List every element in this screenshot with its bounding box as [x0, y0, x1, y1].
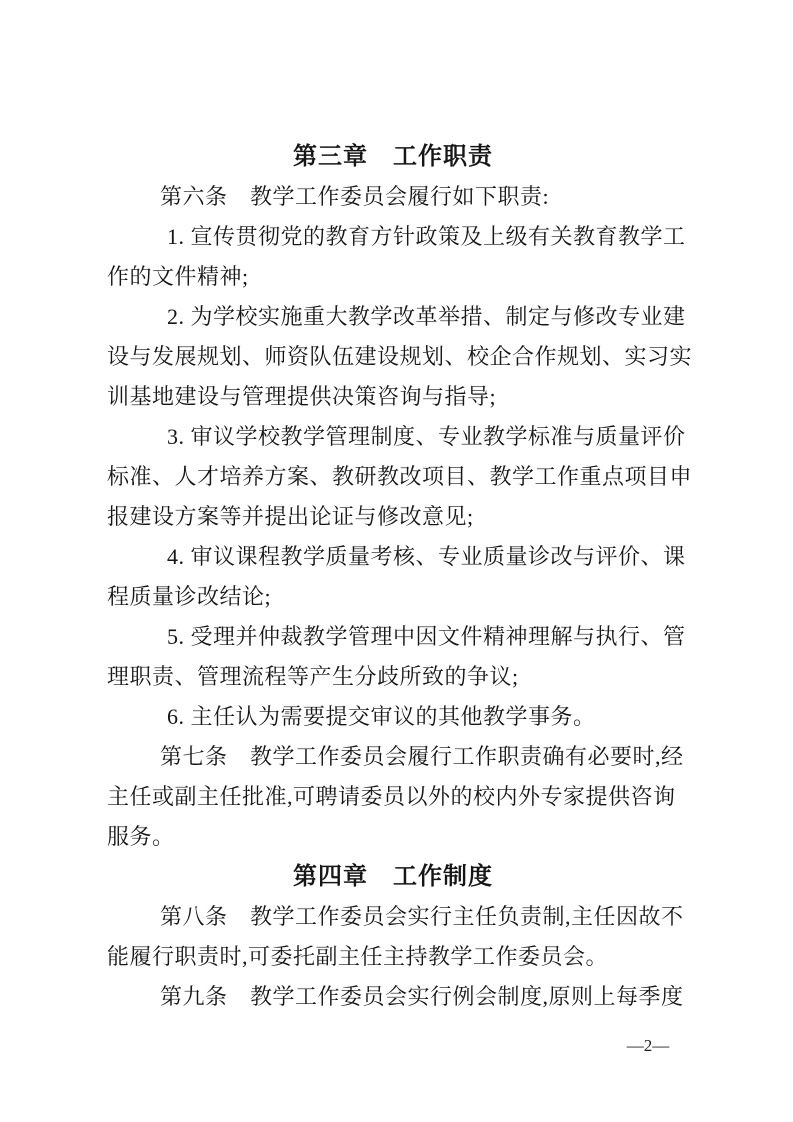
- paragraph-line: 报建设方案等并提出论证与修改意见;: [107, 497, 679, 537]
- article-line: 第九条 教学工作委员会实行例会制度,原则上每季度: [107, 977, 679, 1017]
- list-item-line: 4. 审议课程教学质量考核、专业质量诊改与评价、课: [107, 537, 679, 577]
- article-line: 第七条 教学工作委员会履行工作职责确有必要时,经: [107, 737, 679, 777]
- article-line: 第六条 教学工作委员会履行如下职责:: [107, 177, 679, 217]
- paragraph-line: 训基地建设与管理提供决策咨询与指导;: [107, 377, 679, 417]
- chapter-heading: 第四章 工作制度: [107, 857, 679, 897]
- paragraph-line: 主任或副主任批准,可聘请委员以外的校内外专家提供咨询: [107, 777, 679, 817]
- chapter-heading: 第三章 工作职责: [107, 137, 679, 177]
- paragraph-line: 程质量诊改结论;: [107, 577, 679, 617]
- list-item-line: 5. 受理并仲裁教学管理中因文件精神理解与执行、管: [107, 617, 679, 657]
- list-item-line: 2. 为学校实施重大教学改革举措、制定与修改专业建: [107, 297, 679, 337]
- page-number: —2—: [608, 1034, 688, 1058]
- paragraph-line: 理职责、管理流程等产生分歧所致的争议;: [107, 657, 679, 697]
- paragraph-line: 能履行职责时,可委托副主任主持教学工作委员会。: [107, 937, 679, 977]
- list-item-line: 3. 审议学校教学管理制度、专业教学标准与质量评价: [107, 417, 679, 457]
- list-item-line: 6. 主任认为需要提交审议的其他教学事务。: [107, 697, 679, 737]
- paragraph-line: 设与发展规划、师资队伍建设规划、校企合作规划、实习实: [107, 337, 679, 377]
- paragraph-line: 服务。: [107, 817, 679, 857]
- article-line: 第八条 教学工作委员会实行主任负责制,主任因故不: [107, 897, 679, 937]
- list-item-line: 1. 宣传贯彻党的教育方针政策及上级有关教育教学工: [107, 217, 679, 257]
- document-page: 第三章 工作职责 第六条 教学工作委员会履行如下职责: 1. 宣传贯彻党的教育方…: [0, 0, 793, 1122]
- paragraph-line: 标准、人才培养方案、教研教改项目、教学工作重点项目申: [107, 457, 679, 497]
- paragraph-line: 作的文件精神;: [107, 257, 679, 297]
- document-body: 第三章 工作职责 第六条 教学工作委员会履行如下职责: 1. 宣传贯彻党的教育方…: [107, 137, 679, 1017]
